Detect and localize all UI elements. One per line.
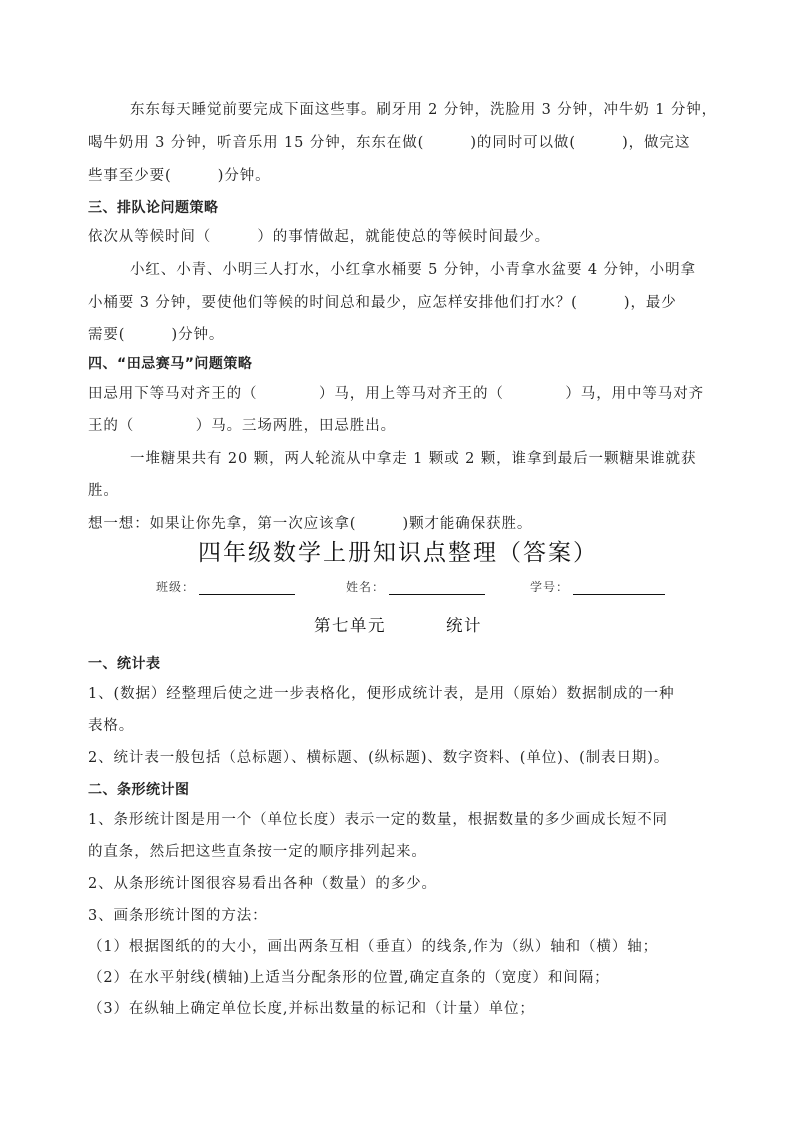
- section-heading: 三、排队论问题策略: [88, 198, 708, 218]
- student-id-label: 学号：: [530, 578, 569, 595]
- section-heading: 一、统计表: [88, 654, 708, 674]
- student-id-blank[interactable]: [573, 580, 665, 595]
- name-field[interactable]: 姓名：: [346, 578, 485, 595]
- paragraph-line: 王的（ ）马。三场两胜，田忌胜出。: [88, 416, 708, 436]
- paragraph-line: 1、(数据）经整理后使之进一步表格化，便形成统计表，是用（原始）数据制成的一种: [88, 684, 708, 704]
- unit-title: 第七单元统计: [88, 614, 708, 638]
- paragraph-line: 田忌用下等马对齐王的（ ）马，用上等马对齐王的（ ）马，用中等马对齐: [88, 384, 708, 404]
- paragraph-line: 一堆糖果共有 20 颗，两人轮流从中拿走 1 颗或 2 颗，谁拿到最后一颗糖果谁…: [130, 449, 708, 469]
- paragraph-line: 想一想：如果让你先拿，第一次应该拿( )颗才能确保获胜。: [88, 514, 708, 534]
- paragraph-line: （1）根据图纸的的大小，画出两条互相（垂直）的线条,作为（纵）轴和（横）轴；: [88, 937, 708, 957]
- paragraph-line: 需要( )分钟。: [88, 325, 708, 345]
- paragraph-line: 喝牛奶用 3 分钟，听音乐用 15 分钟，东东在做( )的同时可以做( )，做完…: [88, 133, 708, 153]
- unit-number: 第七单元: [314, 614, 386, 638]
- paragraph-line: 些事至少要( )分钟。: [88, 166, 708, 186]
- paragraph-line: 小桶要 3 分钟，要使他们等候的时间总和最少，应怎样安排他们打水？( )，最少: [88, 293, 708, 313]
- student-id-field[interactable]: 学号：: [530, 578, 665, 595]
- unit-name: 统计: [446, 614, 482, 638]
- document-title: 四年级数学上册知识点整理（答案）: [88, 538, 708, 568]
- paragraph-line: 2、从条形统计图很容易看出各种（数量）的多少。: [88, 874, 708, 894]
- class-field[interactable]: 班级：: [156, 578, 295, 595]
- paragraph-line: 表格。: [88, 716, 708, 736]
- paragraph-line: 1、条形统计图是用一个（单位长度）表示一定的数量，根据数量的多少画成长短不同: [88, 810, 708, 830]
- name-label: 姓名：: [346, 578, 385, 595]
- paragraph-line: 的直条，然后把这些直条按一定的顺序排列起来。: [88, 842, 708, 862]
- paragraph-line: 3、画条形统计图的方法：: [88, 906, 708, 926]
- paragraph-line: 依次从等候时间（ ）的事情做起，就能使总的等候时间最少。: [88, 227, 708, 247]
- paragraph-line: 东东每天睡觉前要完成下面这些事。刷牙用 2 分钟，洗脸用 3 分钟，冲牛奶 1 …: [130, 100, 708, 120]
- paragraph-line: （2）在水平射线(横轴)上适当分配条形的位置,确定直条的（宽度）和间隔；: [88, 968, 708, 988]
- class-label: 班级：: [156, 578, 195, 595]
- section-heading: 四、“田忌赛马”问题策略: [88, 354, 708, 374]
- paragraph-line: 2、统计表一般包括（总标题）、横标题、(纵标题)、数字资料、(单位)、(制表日期…: [88, 748, 708, 768]
- section-heading: 二、条形统计图: [88, 780, 708, 800]
- paragraph-line: 胜。: [88, 481, 708, 501]
- name-blank[interactable]: [389, 580, 485, 595]
- paragraph-line: 小红、小青、小明三人打水，小红拿水桶要 5 分钟，小青拿水盆要 4 分钟，小明拿: [130, 260, 708, 280]
- class-blank[interactable]: [199, 580, 295, 595]
- student-info-fields: 班级： 姓名： 学号：: [88, 578, 708, 600]
- paragraph-line: （3）在纵轴上确定单位长度,并标出数量的标记和（计量）单位；: [88, 999, 708, 1019]
